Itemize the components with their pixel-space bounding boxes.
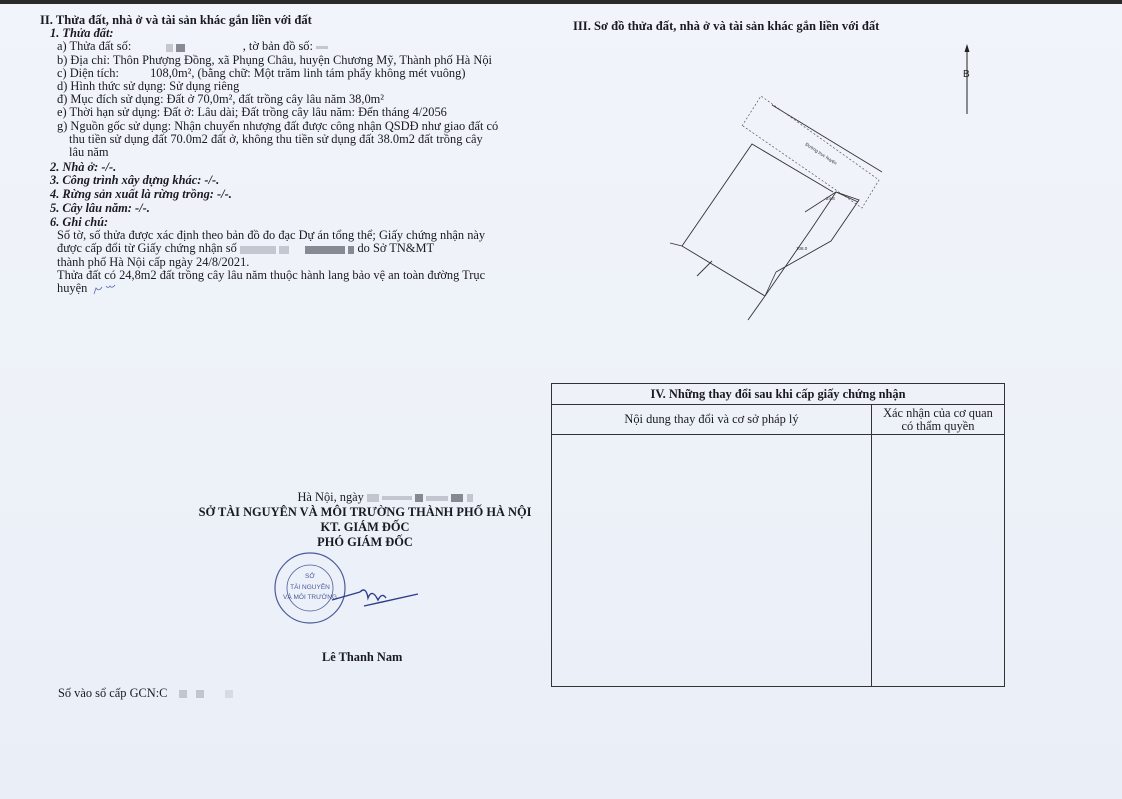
issuing-organization: SỞ TÀI NGUYÊN VÀ MÔI TRƯỜNG THÀNH PHỐ HÀ… bbox=[190, 505, 540, 520]
signature-block: Hà Nội, ngày SỞ TÀI NGUYÊN VÀ MÔI TRƯỜNG… bbox=[190, 490, 540, 550]
term-label: e) Thời hạn sử dụng: bbox=[57, 105, 160, 119]
handwritten-signature-icon bbox=[330, 580, 420, 610]
note-line-2: được cấp đổi từ Giấy chứng nhận số do Sở… bbox=[57, 242, 520, 255]
redacted-parcel-number-2 bbox=[176, 44, 185, 52]
area-value: 108,0m², (bằng chữ: Một trăm linh tám ph… bbox=[150, 66, 465, 80]
parcel-diagram: B Đường trục huyện 108.0 24.8 bbox=[600, 40, 1000, 340]
redacted-date-1 bbox=[367, 494, 379, 502]
note-line-3: thành phố Hà Nội cấp ngày 24/8/2021. bbox=[57, 256, 520, 269]
svg-text:24.8: 24.8 bbox=[826, 196, 835, 201]
registry-number: Số vào sổ cấp GCN:C bbox=[58, 686, 233, 701]
column-header-confirmation: Xác nhận của cơ quan có thẩm quyền bbox=[872, 405, 1004, 434]
redacted-registry-1 bbox=[179, 690, 187, 698]
svg-text:VÀ MÔI TRƯỜNG: VÀ MÔI TRƯỜNG bbox=[283, 592, 337, 601]
note-line-2-prefix: được cấp đổi từ Giấy chứng nhận số bbox=[57, 241, 237, 255]
redacted-registry-3 bbox=[225, 690, 233, 698]
note-line-4: Thửa đất có 24,8m2 đất trồng cây lâu năm… bbox=[57, 269, 520, 282]
purpose-label: đ) Mục đích sử dụng: bbox=[57, 92, 164, 106]
north-arrow-icon: B bbox=[963, 44, 970, 114]
origin-value-3: lâu năm bbox=[69, 146, 520, 159]
redacted-date-2 bbox=[382, 496, 412, 500]
redacted-parcel-number bbox=[166, 44, 173, 52]
redacted-registry-2 bbox=[196, 690, 204, 698]
changes-table-header: Nội dung thay đổi và cơ sở pháp lý Xác n… bbox=[552, 405, 1004, 435]
column-header-confirmation-line-2: có thẩm quyền bbox=[872, 420, 1004, 433]
perennial-row: 5. Cây lâu năm: -/-. bbox=[50, 202, 520, 215]
other-construction-row: 3. Công trình xây dựng khác: -/-. bbox=[50, 174, 520, 187]
registry-label: Số vào sổ cấp GCN:C bbox=[58, 686, 167, 700]
section-2: II. Thửa đất, nhà ở và tài sản khác gắn … bbox=[40, 14, 520, 296]
north-label: B bbox=[963, 69, 970, 80]
redacted-date-5 bbox=[451, 494, 463, 502]
redacted-date-6 bbox=[467, 494, 473, 502]
origin-label: g) Nguồn gốc sử dụng: bbox=[57, 119, 171, 133]
place-date-text: Hà Nội, ngày bbox=[297, 490, 363, 504]
usage-form-label: d) Hình thức sử dụng: bbox=[57, 79, 166, 93]
map-sheet-label: , tờ bản đồ số: bbox=[243, 39, 313, 53]
address-label: b) Địa chỉ: bbox=[57, 53, 110, 67]
redacted-old-certificate-3 bbox=[305, 246, 345, 254]
redacted-old-certificate-4 bbox=[348, 246, 354, 254]
redacted-date-3 bbox=[415, 494, 423, 502]
purpose-value: Đất ở 70,0m², đất trồng cây lâu năm 38,0… bbox=[167, 92, 384, 106]
svg-text:108.0: 108.0 bbox=[796, 246, 808, 251]
changes-table-body bbox=[552, 435, 1004, 686]
forest-row: 4. Rừng sản xuất là rừng trồng: -/-. bbox=[50, 188, 520, 201]
section-3-title: III. Sơ đồ thửa đất, nhà ở và tài sản kh… bbox=[573, 19, 879, 34]
address-value: Thôn Phượng Đồng, xã Phụng Châu, huyện C… bbox=[113, 53, 492, 67]
place-date: Hà Nội, ngày bbox=[230, 490, 540, 505]
signer-role-1: KT. GIÁM ĐỐC bbox=[190, 520, 540, 535]
parcel-number-label: a) Thửa đất số: bbox=[57, 39, 131, 53]
redacted-map-sheet bbox=[316, 46, 328, 49]
origin-value-1: Nhận chuyển nhượng đất được công nhận QS… bbox=[174, 119, 498, 133]
origin-row: g) Nguồn gốc sử dụng: Nhận chuyển nhượng… bbox=[57, 120, 520, 133]
note-line-2-suffix: do Sở TN&MT bbox=[357, 241, 434, 255]
svg-text:Đường trục huyện: Đường trục huyện bbox=[804, 142, 838, 166]
svg-text:SỞ: SỞ bbox=[305, 571, 315, 580]
column-header-content: Nội dung thay đổi và cơ sở pháp lý bbox=[552, 405, 872, 434]
note-line-5: huyện bbox=[57, 282, 520, 296]
usage-form-value: Sử dụng riêng bbox=[169, 79, 239, 93]
signer-name: Lê Thanh Nam bbox=[322, 650, 402, 665]
initials-mark-icon bbox=[90, 282, 130, 296]
changes-content-cell bbox=[552, 435, 872, 686]
changes-confirmation-cell bbox=[872, 435, 1004, 686]
svg-text:TÀI NGUYÊN: TÀI NGUYÊN bbox=[290, 582, 330, 591]
changes-table-title: IV. Những thay đổi sau khi cấp giấy chứn… bbox=[552, 384, 1004, 405]
redacted-old-certificate-1 bbox=[240, 246, 276, 254]
term-value: Đất ở: Lâu dài; Đất trồng cây lâu năm: Đ… bbox=[163, 105, 447, 119]
signer-role-2: PHÓ GIÁM ĐỐC bbox=[190, 535, 540, 550]
redacted-date-4 bbox=[426, 496, 448, 501]
redacted-old-certificate-2 bbox=[279, 246, 289, 254]
changes-table: IV. Những thay đổi sau khi cấp giấy chứn… bbox=[551, 383, 1005, 687]
note-line-5-text: huyện bbox=[57, 281, 87, 295]
origin-value-2: thu tiền sử dụng đất 70.0m2 đất ở, không… bbox=[69, 133, 520, 146]
